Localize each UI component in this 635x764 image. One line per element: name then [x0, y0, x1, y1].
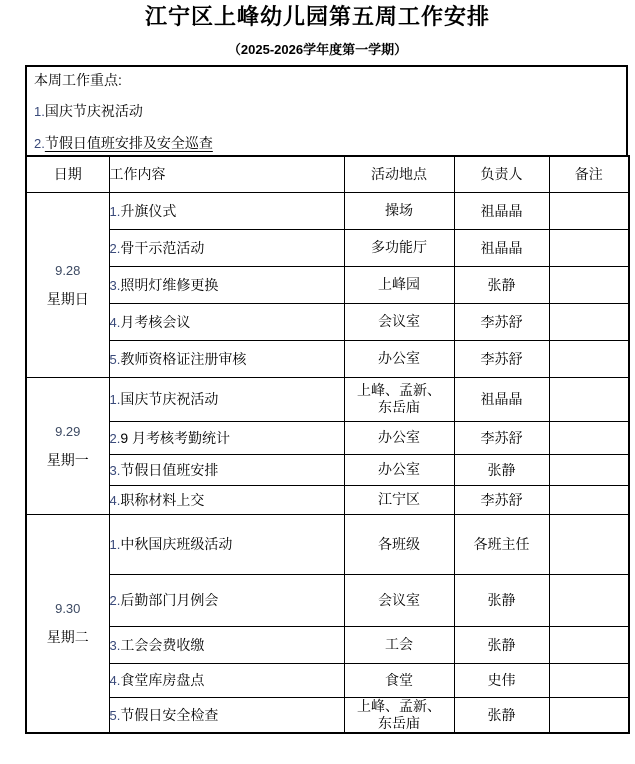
location-text: 办公室: [378, 429, 420, 446]
task-text: 国庆节庆祝活动: [120, 391, 218, 407]
owner-cell: 张静: [454, 574, 549, 626]
location-cell: 办公室: [344, 421, 454, 454]
task-number: 4.: [110, 673, 121, 688]
date-value: 9.29: [55, 424, 80, 439]
date-value: 9.28: [55, 263, 80, 278]
note-cell: [549, 574, 629, 626]
location-text: 办公室: [378, 350, 420, 367]
location-cell: 会议室: [344, 574, 454, 626]
location-cell: 江宁区: [344, 485, 454, 514]
location-text: 各班级: [378, 536, 420, 553]
location-cell: 上峰、孟新、东岳庙: [344, 697, 454, 733]
date-cell: 9.28星期日: [26, 192, 109, 377]
weekday-value: 星期一: [47, 452, 89, 468]
focus-item: 2.节假日值班安排及安全巡查: [34, 135, 619, 152]
task-text: 中秋国庆班级活动: [120, 536, 232, 552]
weekly-focus-box: 本周工作重点: 1.国庆节庆祝活动2.节假日值班安排及安全巡查: [25, 65, 628, 155]
note-cell: [549, 663, 629, 697]
table-row: 3.工会会费收缴工会张静: [26, 626, 629, 663]
document-page: 江宁区上峰幼儿园第五周工作安排 （2025-2026学年度第一学期） 本周工作重…: [0, 0, 635, 734]
task-cell: 2.9 月考核考勤统计: [109, 421, 344, 454]
task-cell: 3.节假日值班安排: [109, 454, 344, 485]
owner-cell: 各班主任: [454, 514, 549, 574]
task-number: 1.: [110, 537, 121, 552]
note-cell: [549, 377, 629, 421]
location-text: 多功能厅: [371, 239, 427, 256]
column-header-note: 备注: [549, 156, 629, 192]
task-cell: 4.月考核会议: [109, 303, 344, 340]
location-text: 食堂: [385, 672, 413, 689]
task-cell: 1.国庆节庆祝活动: [109, 377, 344, 421]
task-number: 4.: [110, 315, 121, 330]
owner-cell: 李苏舒: [454, 303, 549, 340]
task-number: 5.: [110, 352, 121, 367]
location-text: 上峰、孟新、东岳庙: [353, 382, 445, 416]
table-row: 4.职称材料上交江宁区李苏舒: [26, 485, 629, 514]
note-cell: [549, 340, 629, 377]
table-row: 9.30星期二1.中秋国庆班级活动各班级各班主任: [26, 514, 629, 574]
weekday-value: 星期二: [47, 629, 89, 645]
task-text: 节假日安全检查: [120, 707, 218, 723]
task-text: 照明灯维修更换: [120, 277, 218, 293]
task-number: 2.: [110, 241, 121, 256]
location-cell: 办公室: [344, 454, 454, 485]
location-cell: 食堂: [344, 663, 454, 697]
focus-item-text: 节假日值班安排及安全巡查: [45, 135, 213, 151]
note-cell: [549, 514, 629, 574]
table-header-row: 日期 工作内容 活动地点 负责人 备注: [26, 156, 629, 192]
location-cell: 各班级: [344, 514, 454, 574]
task-cell: 2.骨干示范活动: [109, 229, 344, 266]
weekday-value: 星期日: [47, 291, 89, 307]
task-text: 升旗仪式: [120, 203, 176, 219]
task-cell: 5.教师资格证注册审核: [109, 340, 344, 377]
note-cell: [549, 421, 629, 454]
task-cell: 2.后勤部门月例会: [109, 574, 344, 626]
owner-cell: 李苏舒: [454, 485, 549, 514]
task-number: 4.: [110, 493, 121, 508]
focus-item-number: 1.: [34, 104, 45, 119]
task-number: 2.: [110, 431, 121, 446]
column-header-owner: 负责人: [454, 156, 549, 192]
task-cell: 3.照明灯维修更换: [109, 266, 344, 303]
date-cell: 9.29星期一: [26, 377, 109, 514]
location-text: 会议室: [378, 592, 420, 609]
note-cell: [549, 626, 629, 663]
table-row: 3.节假日值班安排办公室张静: [26, 454, 629, 485]
table-row: 5.节假日安全检查上峰、孟新、东岳庙张静: [26, 697, 629, 733]
note-cell: [549, 485, 629, 514]
table-row: 3.照明灯维修更换上峰园张静: [26, 266, 629, 303]
table-row: 4.月考核会议会议室李苏舒: [26, 303, 629, 340]
table-row: 2.骨干示范活动多功能厅祖晶晶: [26, 229, 629, 266]
location-text: 江宁区: [378, 491, 420, 508]
table-row: 9.29星期一1.国庆节庆祝活动上峰、孟新、东岳庙祖晶晶: [26, 377, 629, 421]
weekly-focus-list: 1.国庆节庆祝活动2.节假日值班安排及安全巡查: [34, 103, 619, 152]
location-cell: 多功能厅: [344, 229, 454, 266]
weekly-focus-heading: 本周工作重点:: [34, 72, 619, 88]
focus-item-number: 2.: [34, 136, 45, 151]
column-header-date: 日期: [26, 156, 109, 192]
owner-cell: 张静: [454, 626, 549, 663]
task-number: 2.: [110, 593, 121, 608]
location-text: 上峰园: [378, 276, 420, 293]
focus-item-text: 国庆节庆祝活动: [45, 103, 143, 119]
document-title: 江宁区上峰幼儿园第五周工作安排: [0, 4, 635, 30]
owner-cell: 张静: [454, 266, 549, 303]
date-cell: 9.30星期二: [26, 514, 109, 733]
column-header-location: 活动地点: [344, 156, 454, 192]
owner-cell: 祖晶晶: [454, 192, 549, 229]
location-text: 办公室: [378, 461, 420, 478]
task-text: 工会会费收缴: [120, 637, 204, 653]
schedule-table: 日期 工作内容 活动地点 负责人 备注 9.28星期日1.升旗仪式操场祖晶晶2.…: [25, 155, 630, 734]
note-cell: [549, 697, 629, 733]
task-text: 9 月考核考勤统计: [120, 430, 230, 446]
task-text: 教师资格证注册审核: [120, 351, 246, 367]
task-number: 3.: [110, 278, 121, 293]
location-cell: 上峰、孟新、东岳庙: [344, 377, 454, 421]
document-body: 本周工作重点: 1.国庆节庆祝活动2.节假日值班安排及安全巡查 日期 工作内容 …: [25, 65, 628, 734]
focus-item: 1.国庆节庆祝活动: [34, 103, 619, 120]
task-text: 后勤部门月例会: [120, 592, 218, 608]
location-cell: 工会: [344, 626, 454, 663]
date-value: 9.30: [55, 601, 80, 616]
task-cell: 3.工会会费收缴: [109, 626, 344, 663]
location-cell: 操场: [344, 192, 454, 229]
task-number: 5.: [110, 708, 121, 723]
task-number: 3.: [110, 463, 121, 478]
task-text: 食堂库房盘点: [120, 672, 204, 688]
owner-cell: 祖晶晶: [454, 229, 549, 266]
task-number: 3.: [110, 638, 121, 653]
task-text: 节假日值班安排: [120, 462, 218, 478]
task-number: 1.: [110, 392, 121, 407]
owner-cell: 张静: [454, 454, 549, 485]
task-cell: 1.中秋国庆班级活动: [109, 514, 344, 574]
owner-cell: 李苏舒: [454, 421, 549, 454]
location-cell: 会议室: [344, 303, 454, 340]
note-cell: [549, 303, 629, 340]
table-row: 9.28星期日1.升旗仪式操场祖晶晶: [26, 192, 629, 229]
note-cell: [549, 266, 629, 303]
note-cell: [549, 229, 629, 266]
task-number: 1.: [110, 204, 121, 219]
task-text: 月考核会议: [120, 314, 190, 330]
location-text: 会议室: [378, 313, 420, 330]
column-header-task: 工作内容: [109, 156, 344, 192]
location-cell: 上峰园: [344, 266, 454, 303]
table-row: 4.食堂库房盘点食堂史伟: [26, 663, 629, 697]
table-row: 5.教师资格证注册审核办公室李苏舒: [26, 340, 629, 377]
task-text: 职称材料上交: [120, 492, 204, 508]
task-cell: 4.食堂库房盘点: [109, 663, 344, 697]
owner-cell: 史伟: [454, 663, 549, 697]
owner-cell: 张静: [454, 697, 549, 733]
location-text: 工会: [385, 636, 413, 653]
task-text: 骨干示范活动: [120, 240, 204, 256]
document-subtitle: （2025-2026学年度第一学期）: [0, 42, 635, 57]
location-cell: 办公室: [344, 340, 454, 377]
table-row: 2.9 月考核考勤统计办公室李苏舒: [26, 421, 629, 454]
note-cell: [549, 192, 629, 229]
location-text: 操场: [385, 202, 413, 219]
note-cell: [549, 454, 629, 485]
task-cell: 5.节假日安全检查: [109, 697, 344, 733]
task-cell: 4.职称材料上交: [109, 485, 344, 514]
owner-cell: 祖晶晶: [454, 377, 549, 421]
location-text: 上峰、孟新、东岳庙: [353, 698, 445, 732]
owner-cell: 李苏舒: [454, 340, 549, 377]
task-cell: 1.升旗仪式: [109, 192, 344, 229]
table-row: 2.后勤部门月例会会议室张静: [26, 574, 629, 626]
